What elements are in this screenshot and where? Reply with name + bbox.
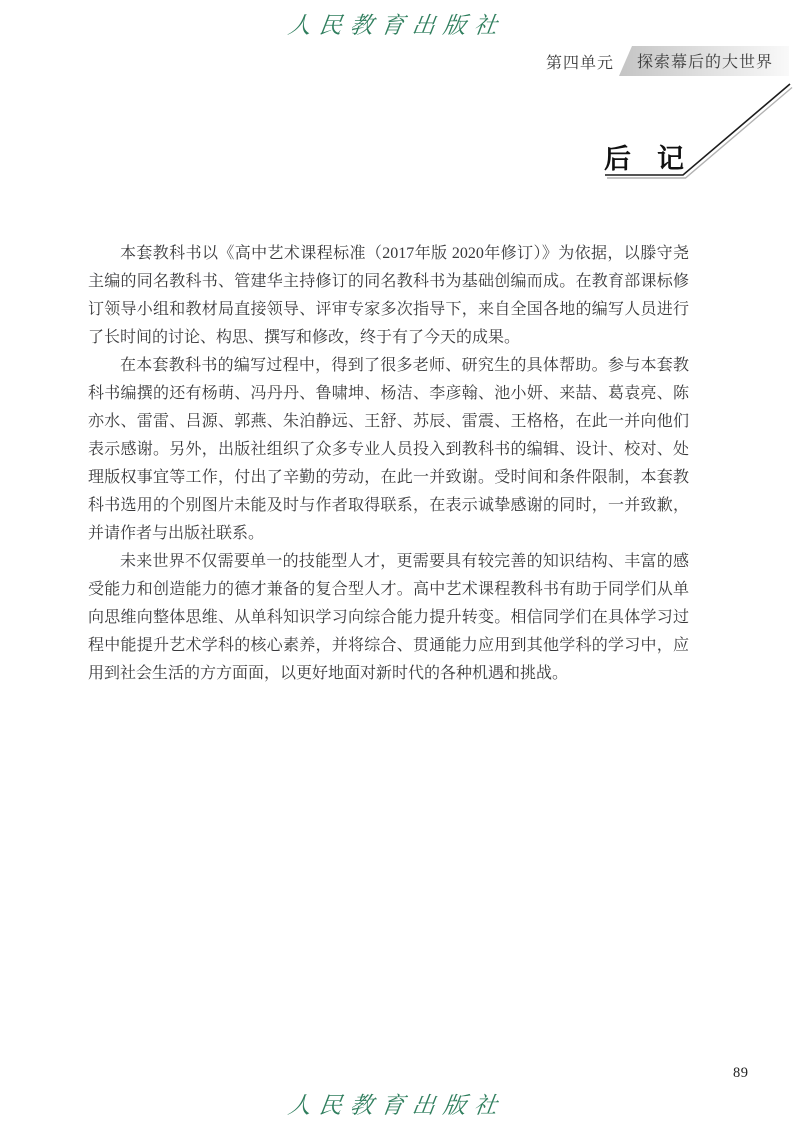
unit-title-highlight: 探索幕后的大世界 bbox=[619, 46, 789, 76]
textbook-page: 人民教育出版社 第四单元 探索幕后的大世界 后 记 本套教科书以《高中艺术课程标… bbox=[0, 0, 793, 1122]
publisher-logo-bottom: 人民教育出版社 bbox=[286, 1087, 508, 1120]
page-number: 89 bbox=[733, 1065, 749, 1082]
publisher-logo-top: 人民教育出版社 bbox=[286, 7, 508, 40]
body-text: 本套教科书以《高中艺术课程标准（2017年版 2020年修订）》为依据，以滕守尧… bbox=[88, 240, 689, 688]
title-char-right: 记 bbox=[657, 137, 684, 176]
unit-label: 第四单元 bbox=[546, 50, 614, 73]
unit-header: 第四单元 探索幕后的大世界 bbox=[546, 46, 789, 76]
paragraph-3: 未来世界不仅需要单一的技能型人才，更需要具有较完善的知识结构、丰富的感受能力和创… bbox=[88, 548, 689, 688]
paragraph-2: 在本套教科书的编写过程中，得到了很多老师、研究生的具体帮助。参与本套教科书编撰的… bbox=[88, 352, 689, 548]
paragraph-1: 本套教科书以《高中艺术课程标准（2017年版 2020年修订）》为依据，以滕守尧… bbox=[88, 240, 689, 352]
title-char-left: 后 bbox=[604, 137, 631, 176]
page-title: 后 记 bbox=[604, 137, 684, 176]
